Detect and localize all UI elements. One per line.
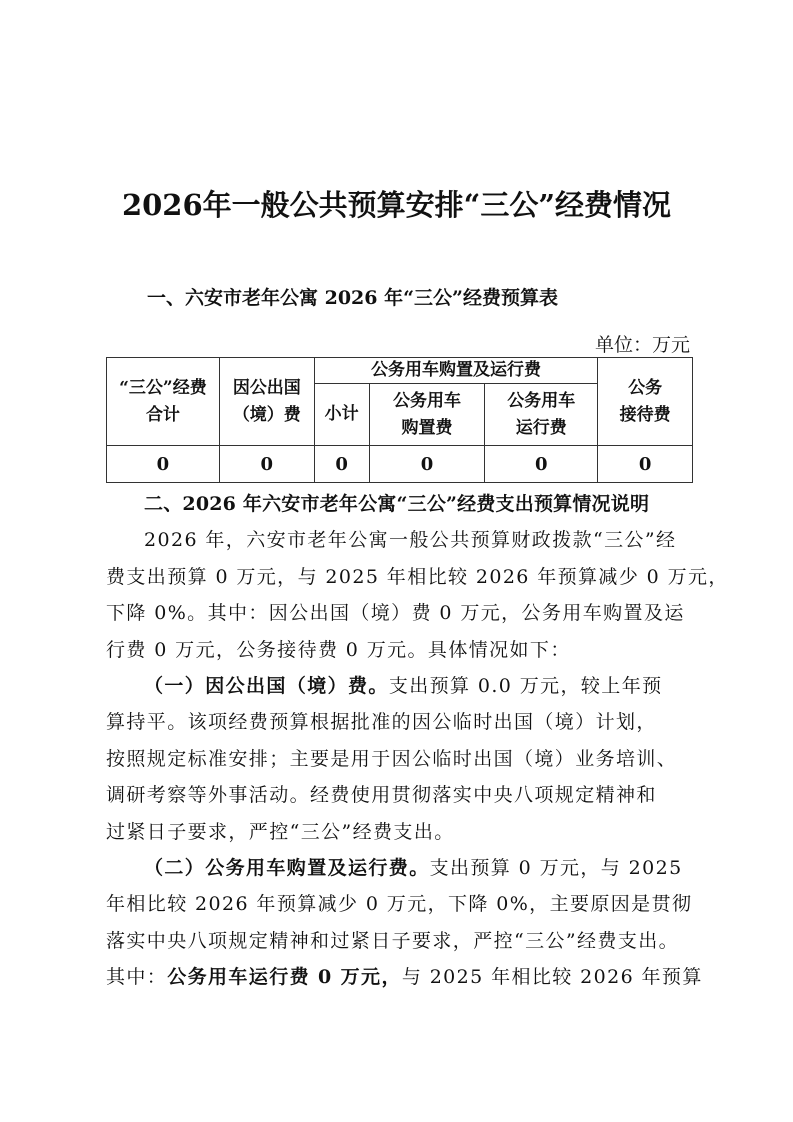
intro-line: 下降 0%。其中：因公出国（境）费 0 万元，公务用车购置及运	[106, 595, 694, 631]
header-total: “三公”经费 合计	[107, 358, 220, 446]
intro-line: 行费 0 万元，公务接待费 0 万元。具体情况如下：	[106, 632, 694, 668]
header-reception: 公务 接待费	[598, 358, 693, 446]
item-2-first-line: （二）公务用车购置及运行费。支出预算 0 万元，与 2025	[106, 850, 694, 886]
section-1-heading: 一、六安市老年公寓 2026 年“三公”经费预算表	[147, 283, 558, 310]
intro-line: 2026 年，六安市老年公寓一般公共预算财政拨款“三公”经	[106, 522, 694, 558]
table-row: 0 0 0 0 0 0	[107, 446, 693, 483]
item-1-label: （一）因公出国（境）费。	[144, 675, 389, 697]
unit-label: 单位：万元	[595, 330, 690, 357]
item-1-line: 算持平。该项经费预算根据批准的因公临时出国（境）计划，	[106, 704, 694, 740]
item-1-line: 调研考察等外事活动。经费使用贯彻落实中央八项规定精神和	[106, 777, 694, 813]
item-1-first-line: （一）因公出国（境）费。支出预算 0.0 万元，较上年预	[106, 668, 694, 704]
item-2-last-line: 其中：公务用车运行费 0 万元，与 2025 年相比较 2026 年预算	[106, 959, 694, 995]
intro-line: 费支出预算 0 万元，与 2025 年相比较 2026 年预算减少 0 万元，	[106, 559, 694, 595]
item-2-line: 年相比较 2026 年预算减少 0 万元，下降 0%，主要原因是贯彻	[106, 886, 694, 922]
header-vehicle-purchase: 公务用车 购置费	[369, 384, 485, 446]
section-2: 二、2026 年六安市老年公寓“三公”经费支出预算情况说明 2026 年，六安市…	[106, 486, 694, 996]
value-vehicle-operation: 0	[485, 446, 598, 483]
header-vehicle-group: 公务用车购置及运行费	[314, 358, 597, 384]
document-page: 2026年一般公共预算安排“三公”经费情况 一、六安市老年公寓 2026 年“三…	[0, 0, 793, 1122]
item-2-label: （二）公务用车购置及运行费。	[144, 857, 430, 879]
header-subtotal: 小计	[314, 384, 369, 446]
item-2-line: 落实中央八项规定精神和过紧日子要求，严控“三公”经费支出。	[106, 923, 694, 959]
value-subtotal: 0	[314, 446, 369, 483]
three-public-budget-table: “三公”经费 合计 因公出国 （境）费 公务用车购置及运行费 公务 接待费 小计…	[106, 357, 693, 483]
item-1-line: 过紧日子要求，严控“三公”经费支出。	[106, 814, 694, 850]
value-abroad: 0	[219, 446, 314, 483]
value-vehicle-purchase: 0	[369, 446, 485, 483]
header-vehicle-operation: 公务用车 运行费	[485, 384, 598, 446]
value-total: 0	[107, 446, 220, 483]
section-2-heading: 二、2026 年六安市老年公寓“三公”经费支出预算情况说明	[106, 486, 694, 522]
item-1-line: 按照规定标准安排；主要是用于因公临时出国（境）业务培训、	[106, 741, 694, 777]
header-abroad: 因公出国 （境）费	[219, 358, 314, 446]
value-reception: 0	[598, 446, 693, 483]
document-title: 2026年一般公共预算安排“三公”经费情况	[0, 183, 793, 224]
